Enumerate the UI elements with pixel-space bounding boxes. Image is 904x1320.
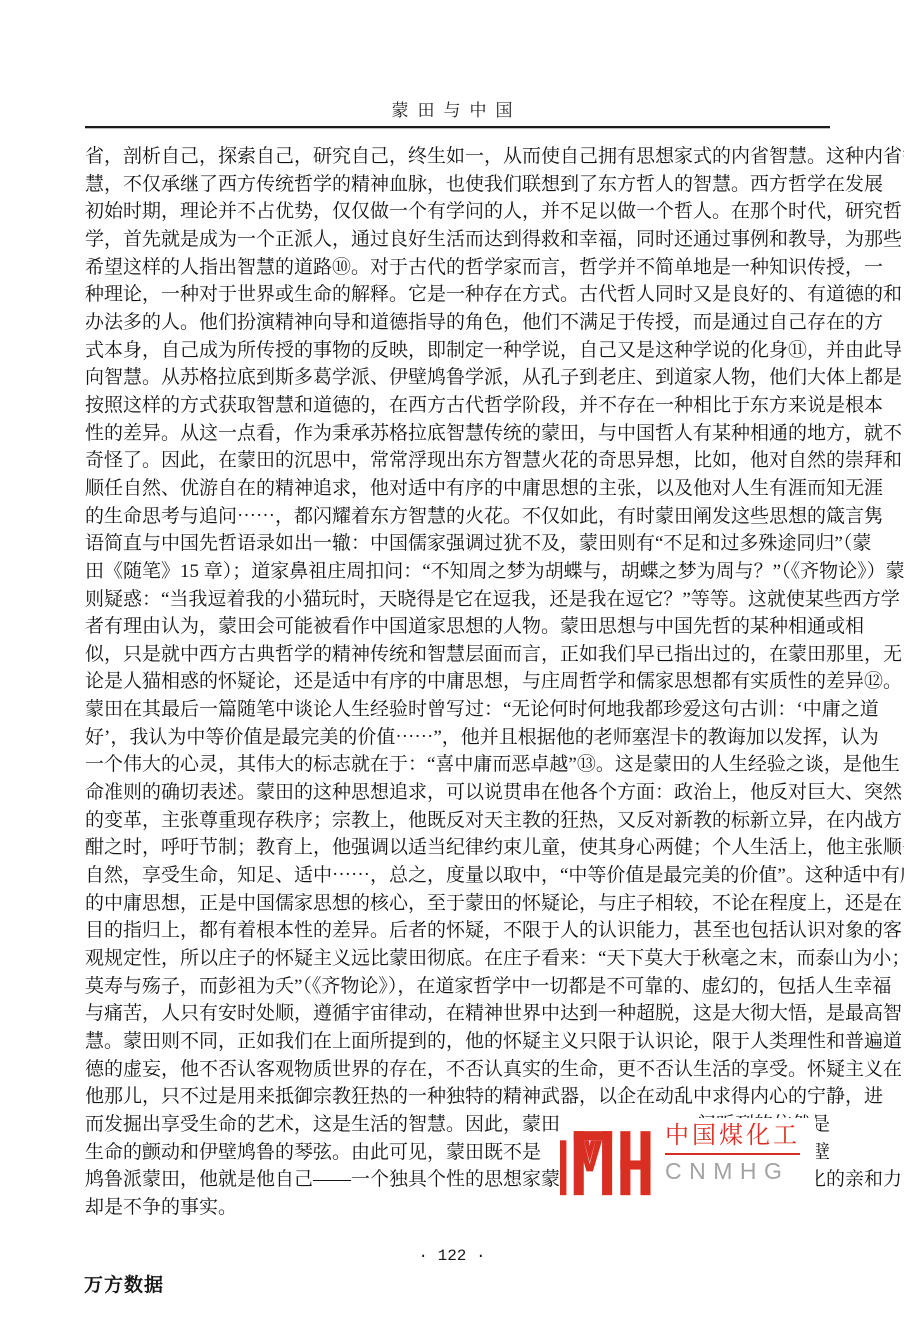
coal-chem-logo-icon: [560, 1122, 656, 1208]
text-line: 性的差异。从这一点看，作为秉承苏格拉底智慧传统的蒙田，与中国哲人有某种相通的地方…: [85, 420, 830, 448]
page-number: · 122 ·: [0, 1247, 904, 1265]
text-line: 酣之时，呼吁节制；教育上，他强调以适当纪律约束儿童，使其身心两健；个人生活上，他…: [85, 834, 830, 862]
text-line: 向智慧。从苏格拉底到斯多葛学派、伊壁鸠鲁学派，从孔子到老庄、到道家人物，他们大体…: [85, 364, 830, 392]
text-line: 他那儿，只不过是用来抵御宗教狂热的一种独特的精神武器，以企在动乱中求得内心的宁静…: [85, 1083, 830, 1111]
text-line: 自然，享受生命，知足、适中⋯⋯，总之，度量以取中，“中等价值是最完美的价值”。这…: [85, 862, 830, 890]
text-line: 则疑惑：“当我逗着我的小猫玩时，天晓得是它在逗我，还是我在逗它？”等等。这就使某…: [85, 586, 830, 614]
text-line: 顺任自然、优游自在的精神追求，他对适中有序的中庸思想的主张，以及他对人生有涯而知…: [85, 475, 830, 503]
text-line: 德的虚妄，他不否认客观物质世界的存在，不否认真实的生命，更不否认生活的享受。怀疑…: [85, 1056, 830, 1084]
scan-watermark: 中国煤化工 CNMHG: [560, 1118, 816, 1212]
text-line: 学，首先就是成为一个正派人，通过良好生活而达到得救和幸福，同时还通过事例和教导，…: [85, 226, 830, 254]
scanned-document-page: 蒙田与中国 省，剖析自己，探索自己，研究自己，终生如一，从而使自己拥有思想家式的…: [0, 0, 904, 1320]
text-line: 观规定性，所以庄子的怀疑主义远比蒙田彻底。在庄子看来：“天下莫大于秋毫之末，而泰…: [85, 945, 830, 973]
text-line: 论是人猫相惑的怀疑论，还是适中有序的中庸思想，与庄周哲学和儒家思想都有实质性的差…: [85, 668, 830, 696]
text-line: 初始时期，理论并不占优势，仅仅做一个有学问的人，并不足以做一个哲人。在那个时代，…: [85, 198, 830, 226]
text-line: 按照这样的方式获取智慧和道德的，在西方古代哲学阶段，并不存在一种相比于东方来说是…: [85, 392, 830, 420]
text-line: 的变革，主张尊重现存秩序；宗教上，他既反对天主教的狂热，又反对新教的标新立异，在…: [85, 807, 830, 835]
text-line: 的生命思考与追问⋯⋯，都闪耀着东方智慧的火花。不仅如此，有时蒙田阐发这些思想的箴…: [85, 503, 830, 531]
text-line: 式本身，自己成为所传授的事物的反映，即制定一种学说，自己又是这种学说的化身⑪，并…: [85, 337, 830, 365]
text-line: 省，剖析自己，探索自己，研究自己，终生如一，从而使自己拥有思想家式的内省智慧。这…: [85, 143, 830, 171]
header-rule: [85, 126, 830, 128]
text-line: 蒙田在其最后一篇随笔中谈论人生经验时曾写过：“无论何时何地我都珍爱这句古训：‘中…: [85, 696, 830, 724]
text-line: 希望这样的人指出智慧的道路⑩。对于古代的哲学家而言，哲学并不简单地是一种知识传授…: [85, 254, 830, 282]
body-text: 省，剖析自己，探索自己，研究自己，终生如一，从而使自己拥有思想家式的内省智慧。这…: [85, 143, 830, 1222]
watermark-latin-text: CNMHG: [665, 1158, 800, 1185]
watermark-chinese-text: 中国煤化工: [665, 1122, 800, 1155]
text-line: 与痛苦，人只有安时处顺，遵循宇宙律动，在精神世界中达到一种超脱，这是大彻大悟，是…: [85, 1000, 830, 1028]
text-line: 目的指归上，都有着根本性的差异。后者的怀疑，不限于人的认识能力，甚至也包括认识对…: [85, 917, 830, 945]
text-line: 奇怪了。因此，在蒙田的沉思中，常常浮现出东方智慧火花的奇思异想，比如，他对自然的…: [85, 447, 830, 475]
text-line: 田《随笔》15 章）；道家鼻祖庄周扣问：“不知周之梦为胡蝶与，胡蝶之梦为周与？”…: [85, 558, 830, 586]
text-line: 命准则的确切表述。蒙田的这种思想追求，可以说贯串在他各个方面：政治上，他反对巨大…: [85, 779, 830, 807]
text-line: 种理论，一种对于世界或生命的解释。它是一种存在方式。古代哲人同时又是良好的、有道…: [85, 281, 830, 309]
text-line: 莫寿与殇子，而彭祖为夭”（《齐物论》），在道家哲学中一切都是不可靠的、虚幻的，包…: [85, 973, 830, 1001]
text-line: 慧，不仅承继了西方传统哲学的精神血脉，也使我们联想到了东方哲人的智慧。西方哲学在…: [85, 171, 830, 199]
text-line: 的中庸思想，正是中国儒家思想的核心，至于蒙田的怀疑论，与庄子相较，不论在程度上，…: [85, 890, 830, 918]
text-line: 办法多的人。他们扮演精神向导和道德指导的角色，他们不满足于传授，而是通过自己存在…: [85, 309, 830, 337]
text-line: 好’，我认为中等价值是最完美的价值⋯⋯”，他并且根据他的老师塞涅卡的教诲加以发挥…: [85, 724, 830, 752]
page-title: 蒙田与中国: [0, 96, 904, 121]
text-line-left-fragment: 而发掘出享受生命的艺术，这是生活的智慧。因此，蒙田: [85, 1111, 560, 1139]
text-line: 者有理由认为，蒙田会可能被看作中国道家思想的人物。蒙田思想与中国先哲的某种相通或…: [85, 613, 830, 641]
text-line-left-fragment: 生命的颤动和伊壁鸠鲁的琴弦。由此可见，蒙田既不是: [85, 1139, 541, 1167]
text-line: 似，只是就中西方古典哲学的精神传统和智慧层面而言，正如我们早已指出过的，在蒙田那…: [85, 641, 830, 669]
watermark-text-block: 中国煤化工 CNMHG: [665, 1118, 800, 1185]
wanfang-data-mark: 万方数据: [84, 1270, 164, 1297]
text-line: 一个伟大的心灵，其伟大的标志就在于：“喜中庸而恶卓越”⑬。这是蒙田的人生经验之谈…: [85, 751, 830, 779]
text-line: 慧。蒙田则不同，正如我们在上面所提到的，他的怀疑主义只限于认识论，限于人类理性和…: [85, 1028, 830, 1056]
text-line: 语简直与中国先哲语录如出一辙：中国儒家强调过犹不及，蒙田则有“不足和过多殊途同归…: [85, 530, 830, 558]
